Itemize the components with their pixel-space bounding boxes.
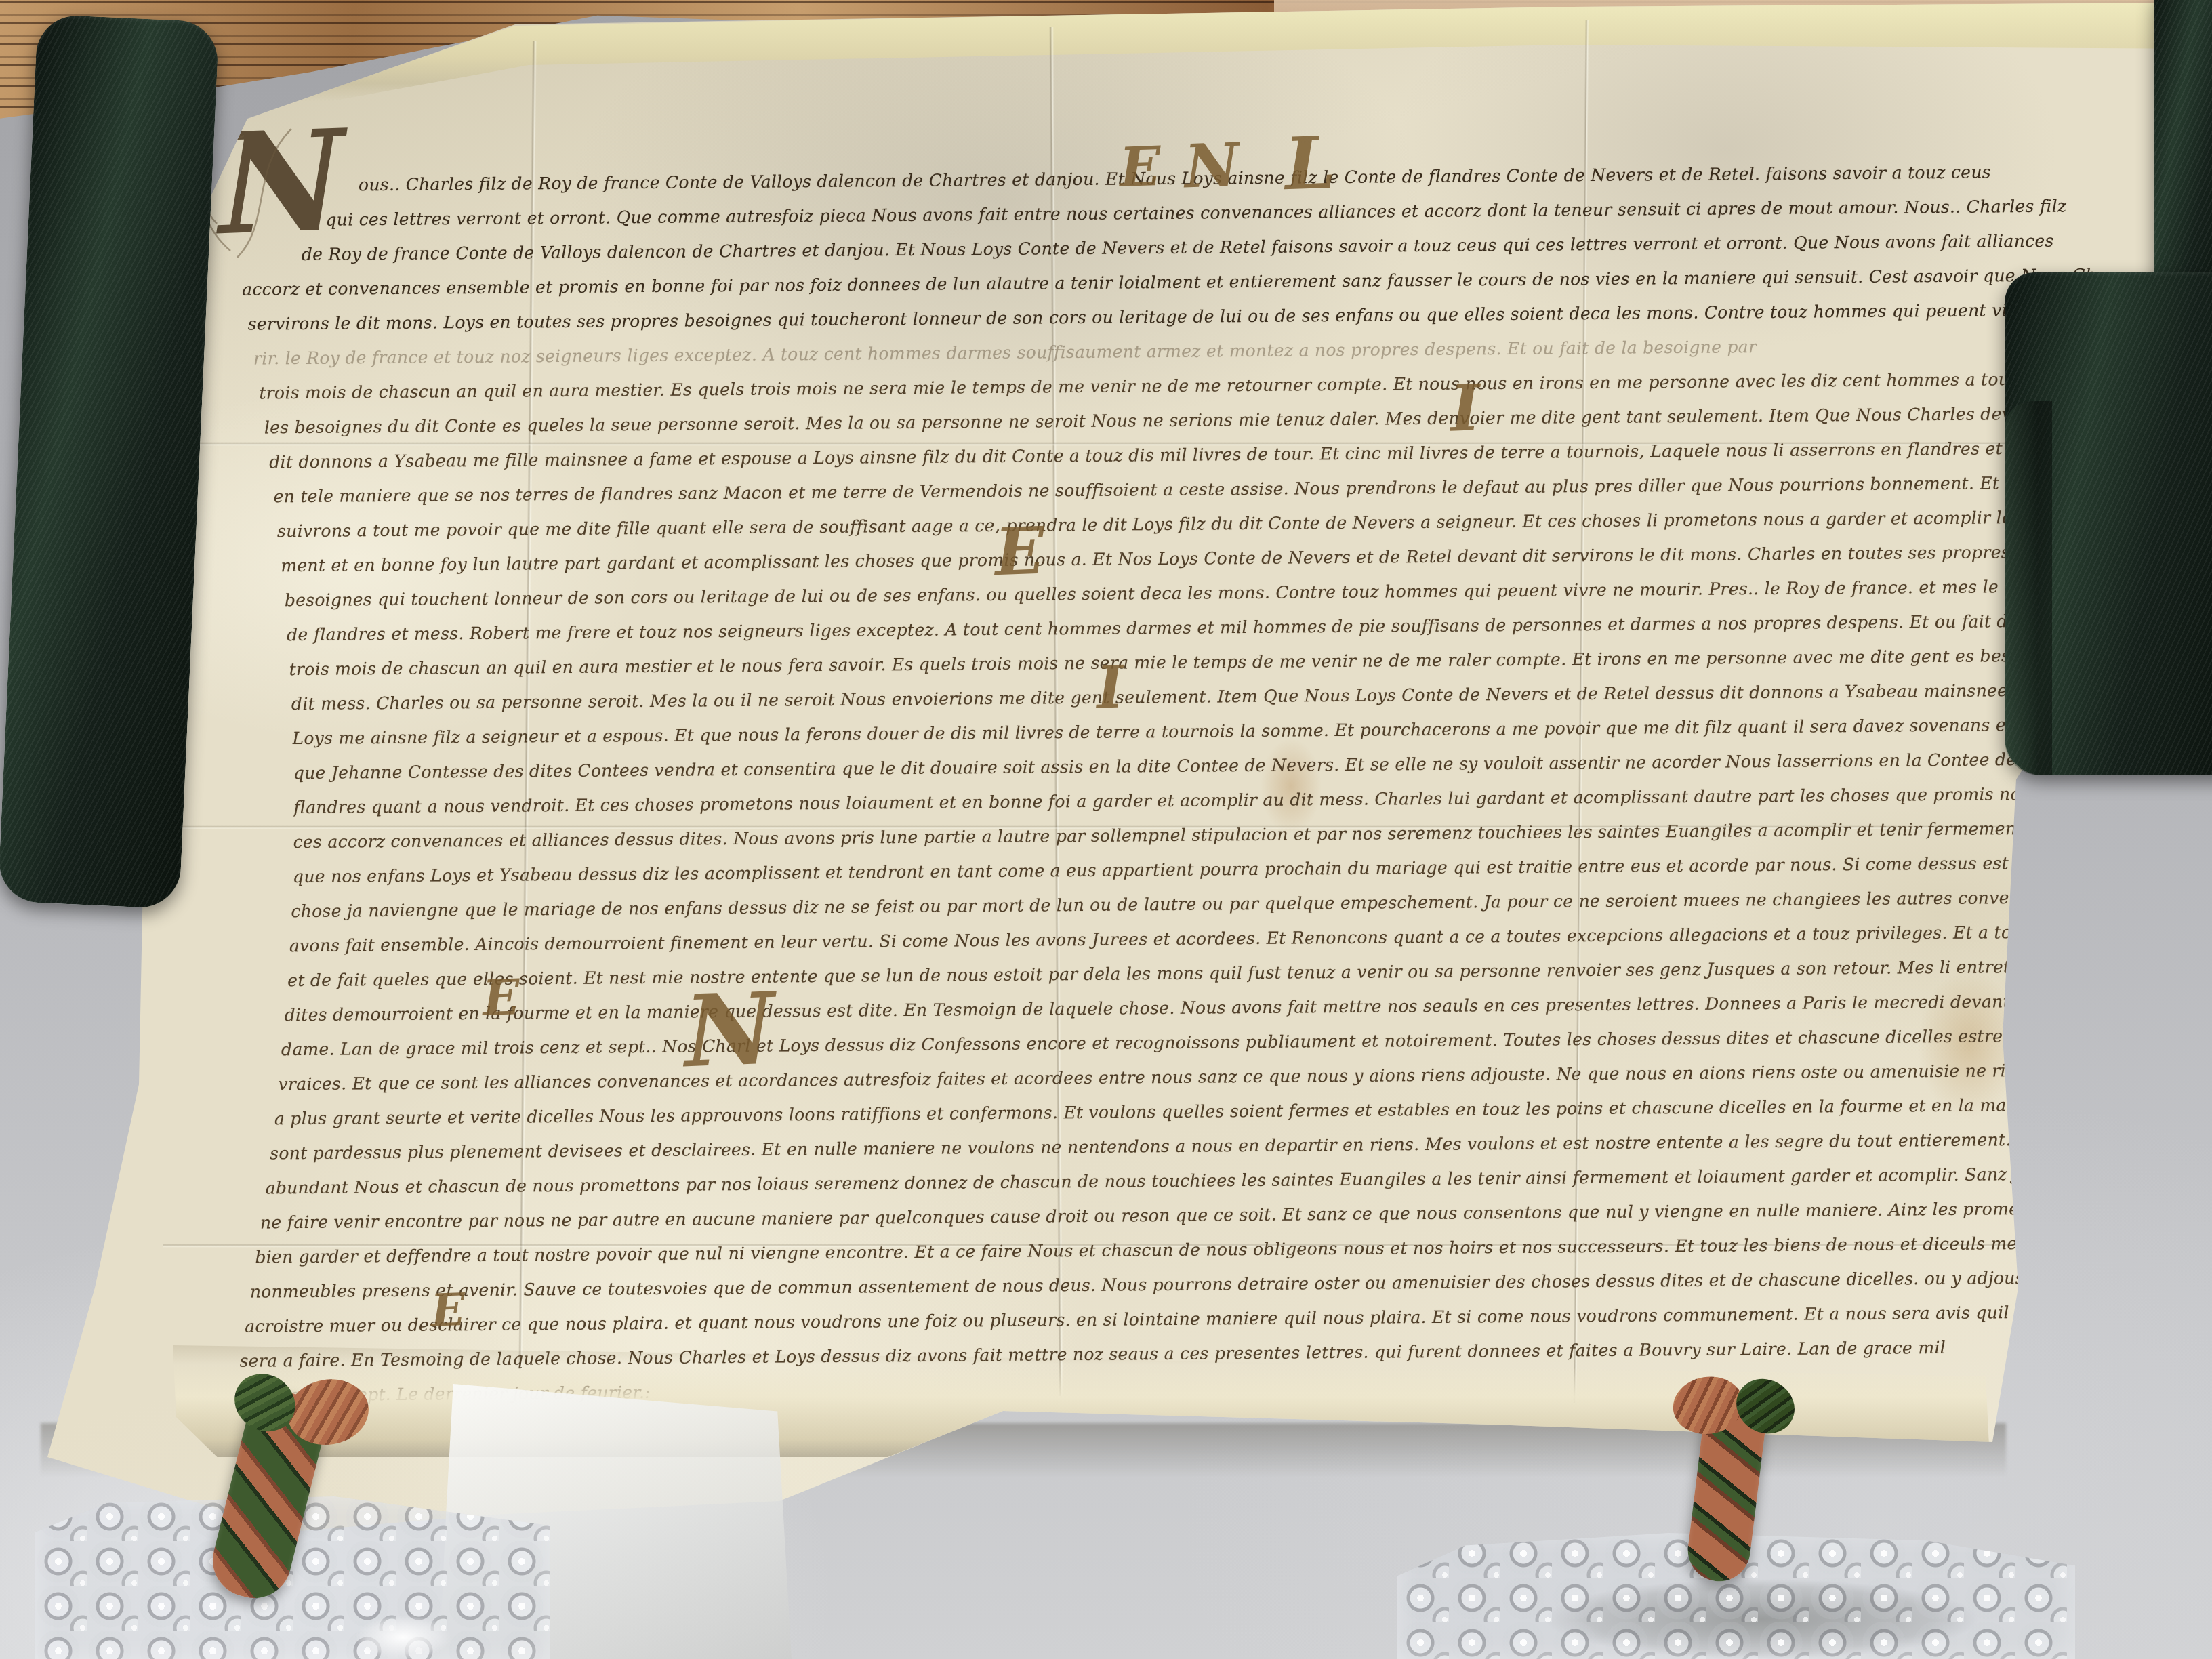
photo-medieval-charter: N ous.. Charles filz de Roy de france Co… (0, 0, 2212, 1659)
velvet-weight-right-top (2154, 0, 2212, 305)
decorated-initial: L (1284, 127, 1336, 201)
decorated-initial: I (1449, 376, 1481, 441)
seal-disc (355, 1616, 451, 1659)
decorated-initial: E (994, 518, 1045, 585)
decorated-initial: E (1119, 139, 1162, 194)
decorated-initial: E (430, 1287, 466, 1333)
decorated-initial: N (1183, 135, 1240, 197)
decorated-initial: I (1096, 658, 1125, 717)
velvet-weight-right (2005, 272, 2212, 775)
decorated-initial: N (682, 980, 776, 1082)
decorated-initial: E (482, 972, 520, 1023)
